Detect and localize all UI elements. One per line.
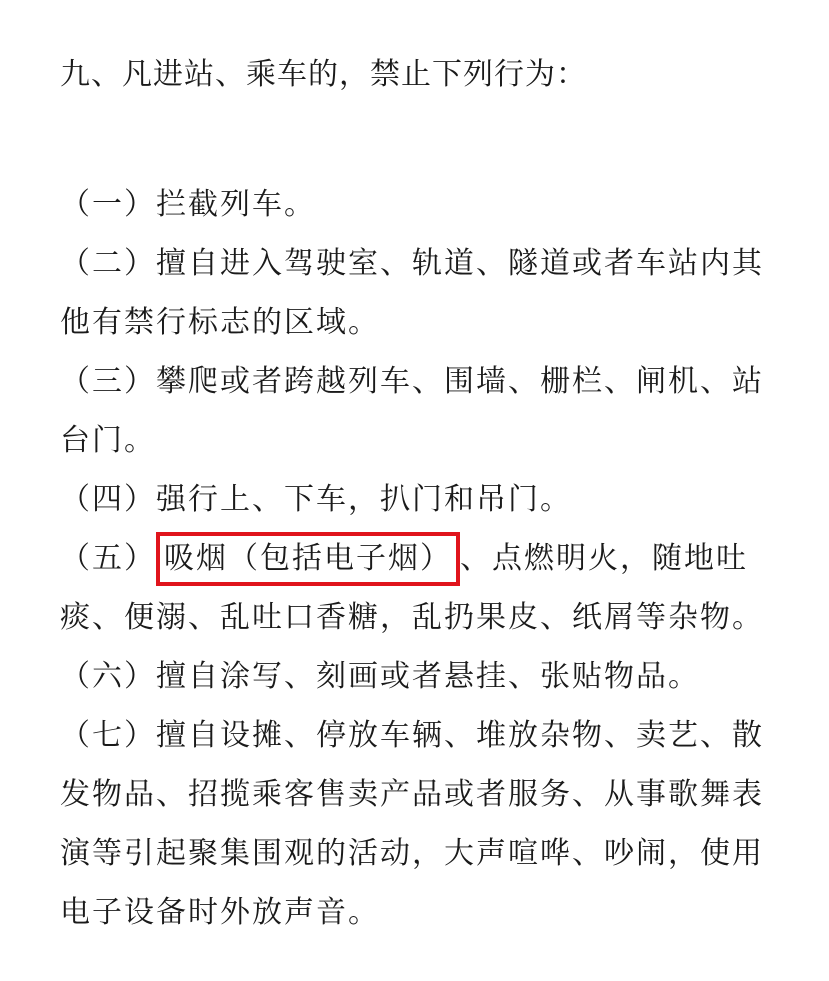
section-heading: 九、凡进站、乘车的，禁止下列行为： — [60, 55, 780, 95]
list-item-7: （七）擅自设摊、停放车辆、堆放杂物、卖艺、散发物品、招揽乘客售卖产品或者服务、从… — [60, 706, 780, 942]
document-body: 九、凡进站、乘车的，禁止下列行为： （一）拦截列车。 （二）擅自进入驾驶室、轨道… — [60, 55, 780, 942]
list-item-3: （三）攀爬或者跨越列车、围墙、栅栏、闸机、站台门。 — [60, 352, 780, 470]
prohibited-list: （一）拦截列车。 （二）擅自进入驾驶室、轨道、隧道或者车站内其他有禁行标志的区域… — [60, 175, 780, 942]
list-item-1: （一）拦截列车。 — [60, 175, 780, 234]
list-item-6: （六）擅自涂写、刻画或者悬挂、张贴物品。 — [60, 647, 780, 706]
list-item-5: （五）吸烟（包括电子烟）、点燃明火，随地吐痰、便溺、乱吐口香糖，乱扔果皮、纸屑等… — [60, 529, 780, 647]
list-item-2: （二）擅自进入驾驶室、轨道、隧道或者车站内其他有禁行标志的区域。 — [60, 234, 780, 352]
item-prefix: （五） — [60, 541, 156, 576]
list-item-4: （四）强行上、下车，扒门和吊门。 — [60, 470, 780, 529]
highlighted-phrase: 吸烟（包括电子烟） — [156, 532, 460, 586]
